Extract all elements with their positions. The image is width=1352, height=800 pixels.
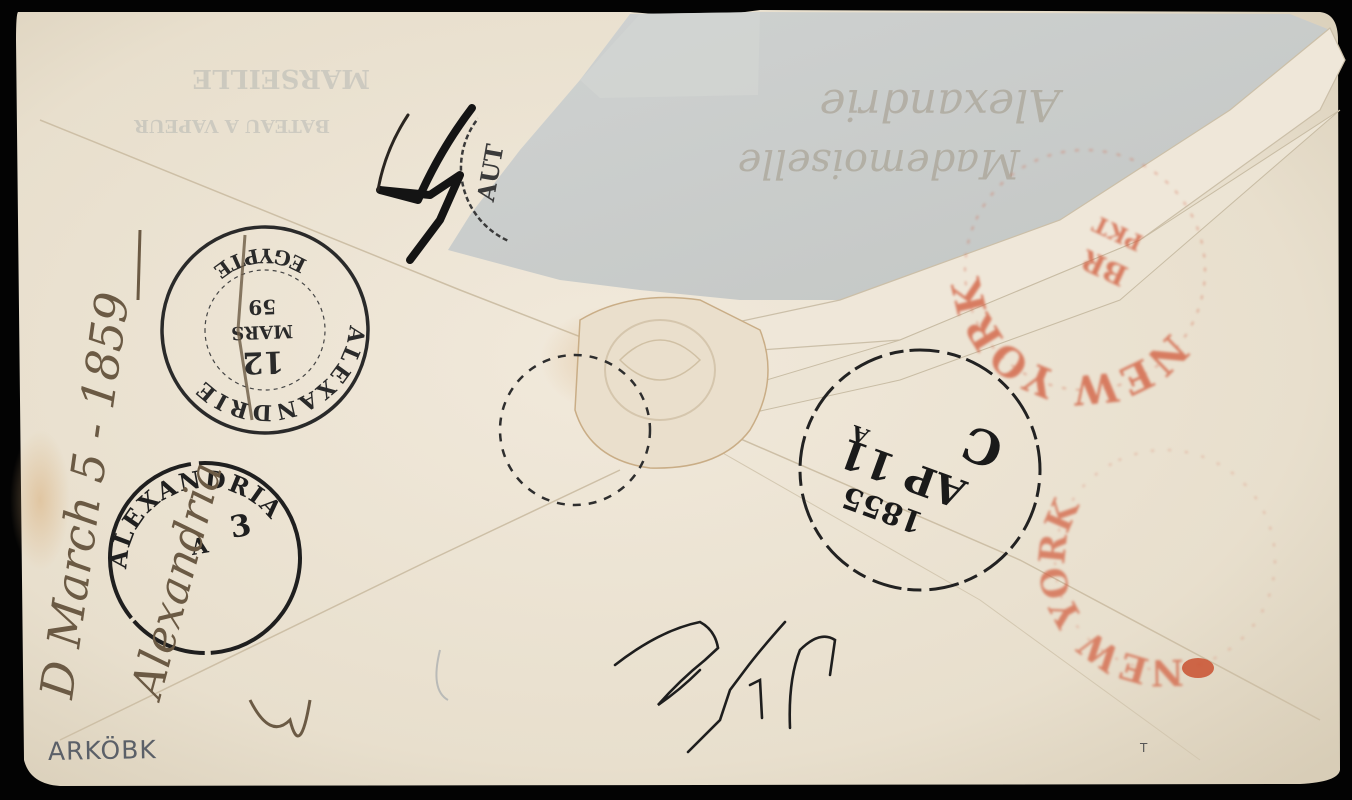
svg-text:12: 12 [242,343,285,379]
envelope-photo: Mademoiselle Alexandrie MARSEILLE BATEAU… [0,0,1352,800]
embossed-seal [575,298,768,469]
photo-background: Mademoiselle Alexandrie MARSEILLE BATEAU… [0,0,1352,800]
svg-text:59: 59 [248,295,277,320]
svg-text:Alexandrie: Alexandrie [819,79,1064,130]
svg-text:Mademoiselle: Mademoiselle [738,140,1021,186]
svg-text:BATEAU A VAPEUR: BATEAU A VAPEUR [133,115,330,136]
svg-text:MARSEILLE: MARSEILLE [192,63,370,93]
pencil-note-arkobk: ARKÖBK [48,735,157,766]
pencil-mark-bottom-right: T [1139,741,1148,755]
